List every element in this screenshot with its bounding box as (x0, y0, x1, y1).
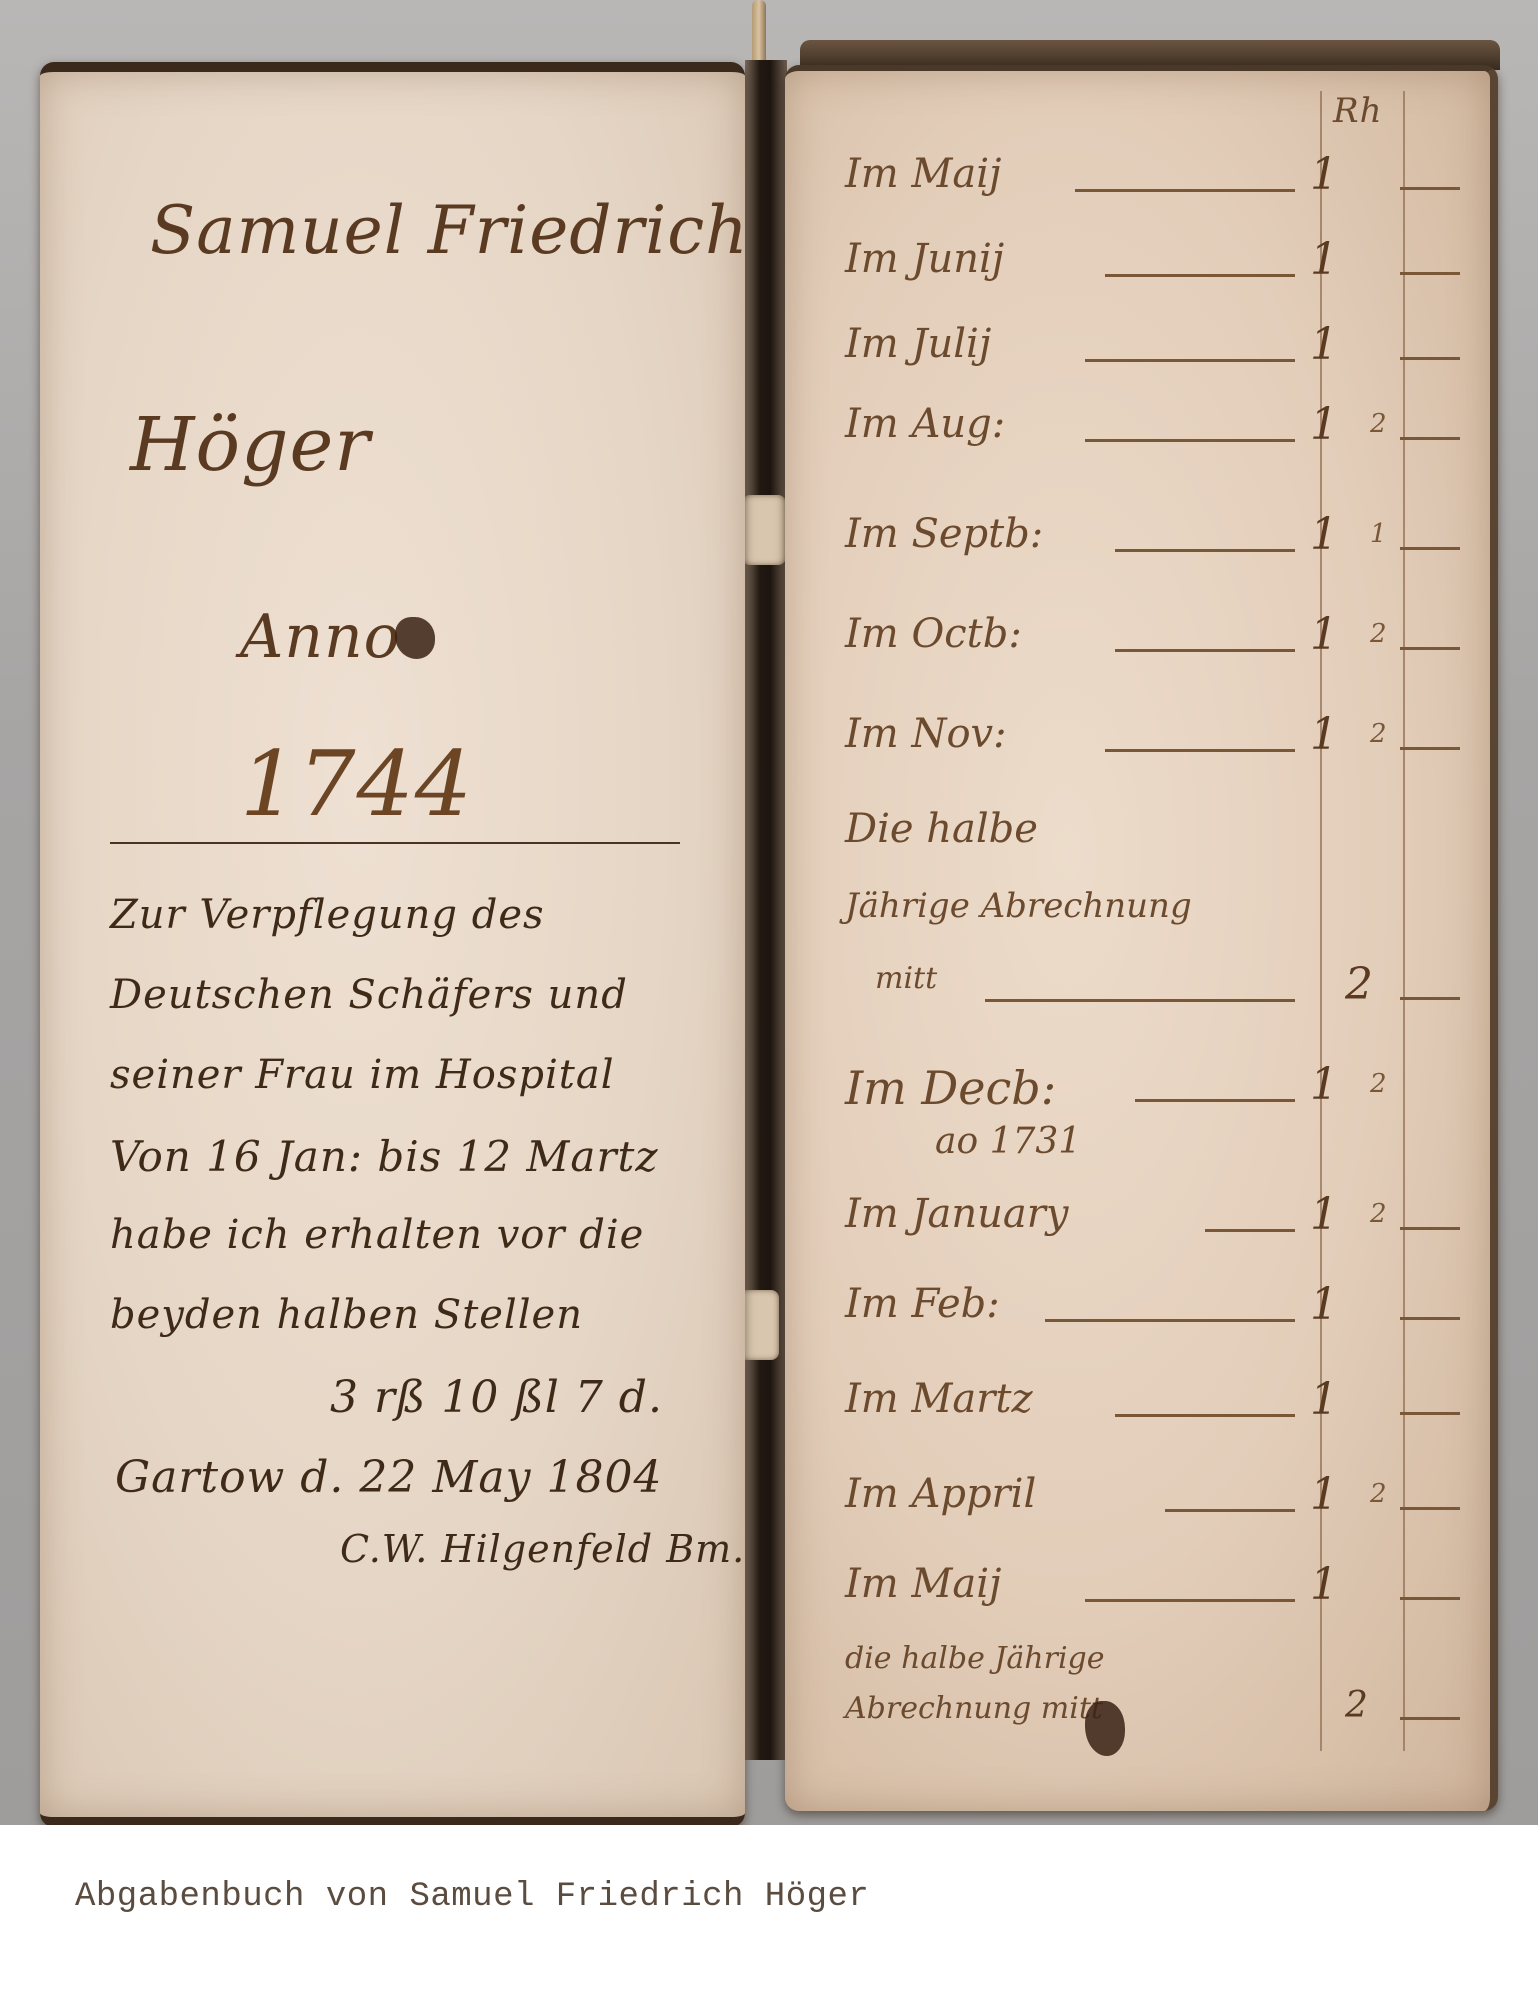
right-page: Rh Im Maij 1 Im Junij 1 Im Julij 1 Im Au… (785, 65, 1498, 1811)
body-line-4: Von 16 Jan: bis 12 Martz (110, 1132, 659, 1181)
ledger-gr: 2 (1370, 1479, 1387, 1509)
leader-dash (1400, 547, 1460, 550)
divider-rule (110, 842, 680, 844)
ledger-row: Im Nov: 1 2 (785, 711, 1490, 771)
leader-dash (1400, 1227, 1460, 1230)
ledger-row: Im Feb: 1 (785, 1281, 1490, 1341)
leader-dash (1205, 1229, 1295, 1232)
leader-dash (1400, 647, 1460, 650)
body-line-5: habe ich erhalten vor die (110, 1212, 644, 1258)
ledger-month: Im Decb: (845, 1061, 1056, 1115)
ledger-row: Im Martz 1 (785, 1376, 1490, 1436)
ledger-gr: 2 (1370, 619, 1387, 649)
leader-dash (1075, 189, 1295, 192)
leader-dash (1400, 747, 1460, 750)
ledger-month: Im Maij (845, 1561, 1001, 1607)
leader-dash (1115, 649, 1295, 652)
ledger-row: mitt 2 (785, 961, 1490, 1021)
ledger-month: Im Appril (845, 1471, 1036, 1517)
leader-dash (1400, 1717, 1460, 1720)
ledger-row: Im Decb: 1 2 (785, 1061, 1490, 1121)
ledger-row: Im Appril 1 2 (785, 1471, 1490, 1531)
body-line-1: Zur Verpflegung des (110, 892, 545, 938)
ledger-row: Jährige Abrechnung (785, 886, 1490, 946)
ledger-row: Im January 1 2 (785, 1191, 1490, 1251)
ledger-rh: 1 (1310, 609, 1338, 660)
leader-dash (1135, 1099, 1295, 1102)
title-year: 1744 (240, 732, 473, 837)
ledger-rh: 1 (1310, 399, 1338, 450)
leader-dash (1085, 1599, 1295, 1602)
ledger-rh: 1 (1310, 709, 1338, 760)
ledger-gr: 2 (1370, 719, 1387, 749)
leader-dash (1165, 1509, 1295, 1512)
body-line-3: seiner Frau im Hospital (110, 1052, 615, 1098)
book-spine (745, 60, 787, 1760)
leader-dash (1085, 359, 1295, 362)
photo-caption: Abgabenbuch von Samuel Friedrich Höger (75, 1878, 869, 1916)
leader-dash (1045, 1319, 1295, 1322)
leader-dash (1105, 274, 1295, 277)
ledger-gr: 2 (1370, 1199, 1387, 1229)
ledger-gr: 2 (1370, 1069, 1387, 1099)
leader-dash (1400, 357, 1460, 360)
left-page: Samuel Friedrich Höger Anno 1744 Zur Ver… (40, 62, 745, 1825)
ledger-row: ao 1731 (785, 1121, 1490, 1181)
ledger-month: Im Aug: (845, 401, 1005, 447)
ledger-rh: 1 (1310, 1059, 1338, 1110)
ledger-rh: 1 (1310, 1374, 1338, 1425)
column-header-rh: Rh (1333, 91, 1383, 131)
ledger-gr: 1 (1370, 519, 1387, 549)
place-date-line: Gartow d. 22 May 1804 (115, 1452, 662, 1503)
leader-dash (1400, 1412, 1460, 1415)
ledger-month: die halbe Jährige (845, 1641, 1105, 1676)
ledger-row: Die halbe (785, 806, 1490, 866)
ledger-gr: 2 (1370, 409, 1387, 439)
binding-tie-upper (742, 495, 786, 565)
ledger-month: Im Septb: (845, 511, 1043, 557)
book-photograph: Samuel Friedrich Höger Anno 1744 Zur Ver… (0, 0, 1538, 1825)
ledger-month: Abrechnung mitt (845, 1691, 1103, 1726)
leader-dash (1400, 997, 1460, 1000)
ledger-month: Im Martz (845, 1376, 1033, 1422)
title-surname: Höger (130, 402, 371, 488)
ledger-month: ao 1731 (935, 1121, 1081, 1162)
leader-dash (1115, 549, 1295, 552)
leader-dash (1105, 749, 1295, 752)
ledger-rh: 1 (1310, 1559, 1338, 1610)
ink-blot (1085, 1701, 1125, 1756)
ledger-month: Im Nov: (845, 711, 1007, 757)
ledger-month: Im Feb: (845, 1281, 1000, 1327)
ledger-row: Im Maij 1 (785, 1561, 1490, 1621)
ledger-rh: 1 (1310, 1469, 1338, 1520)
ledger-row: Im Septb: 1 1 (785, 511, 1490, 571)
ledger-month: Im Julij (845, 321, 991, 367)
ledger-row: Im Aug: 1 2 (785, 401, 1490, 461)
title-name: Samuel Friedrich (150, 192, 749, 269)
ledger-rh: 1 (1310, 1279, 1338, 1330)
ledger-rh: 1 (1310, 509, 1338, 560)
ledger-row: Im Junij 1 (785, 236, 1490, 296)
leader-dash (1400, 1507, 1460, 1510)
ledger-row: Im Maij 1 (785, 151, 1490, 211)
ledger-rh: 2 (1345, 1685, 1368, 1726)
ledger-rh: 1 (1310, 319, 1338, 370)
leader-dash (1085, 439, 1295, 442)
ledger-month: Im Maij (845, 151, 1001, 197)
title-anno: Anno (240, 602, 401, 672)
ink-blot (395, 617, 435, 659)
ledger-row: Im Julij 1 (785, 321, 1490, 381)
leader-dash (1400, 187, 1460, 190)
ledger-rh: 2 (1345, 959, 1373, 1010)
ledger-rh: 1 (1310, 149, 1338, 200)
body-line-6: beyden halben Stellen (110, 1292, 583, 1338)
ledger-month: Im January (845, 1191, 1068, 1237)
ledger-month: mitt (875, 961, 937, 996)
ledger-rh: 1 (1310, 1189, 1338, 1240)
ledger-month: Im Junij (845, 236, 1004, 282)
signature: C.W. Hilgenfeld Bm. (340, 1527, 745, 1571)
ledger-month: Die halbe (845, 806, 1038, 852)
ledger-month: Im Octb: (845, 611, 1022, 657)
leader-dash (985, 999, 1295, 1002)
leader-dash (1400, 272, 1460, 275)
ledger-row: Im Octb: 1 2 (785, 611, 1490, 671)
leader-dash (1400, 437, 1460, 440)
ledger-rh: 1 (1310, 234, 1338, 285)
body-line-2: Deutschen Schäfers und (110, 972, 628, 1018)
amount-line: 3 rß 10 ßl 7 d. (330, 1372, 663, 1423)
leader-dash (1115, 1414, 1295, 1417)
ledger-month: Jährige Abrechnung (845, 886, 1192, 926)
ledger-row: Abrechnung mitt 2 (785, 1691, 1490, 1751)
leader-dash (1400, 1597, 1460, 1600)
leader-dash (1400, 1317, 1460, 1320)
